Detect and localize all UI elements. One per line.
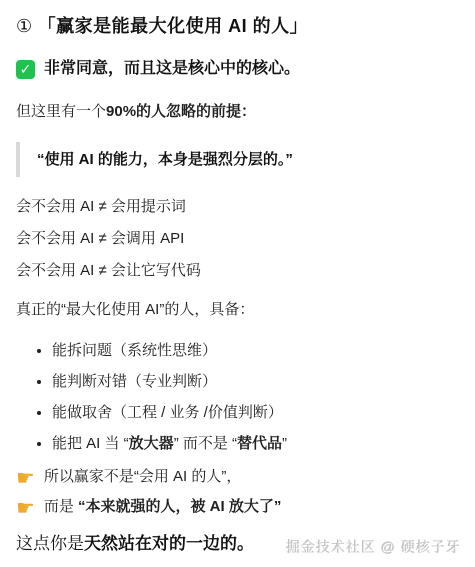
heading-text: 「赢家是能最大化使用 AI 的人」 [38, 16, 309, 36]
page-container: ①「赢家是能最大化使用 AI 的人」 ✓ 非常同意，而且这是核心中的核心。 但这… [0, 0, 475, 567]
capability-item: 能判断对错（专业判断） [52, 371, 459, 392]
premise-emphasis: 90%的人忽略的前提： [106, 103, 256, 120]
premise-lead: 但这里有一个 [16, 103, 106, 120]
capability-segment: ” 而不是 “ [174, 435, 237, 452]
conclusion-emphasis: 天然站在对的一边的。 [84, 534, 254, 553]
agreement-line: ✓ 非常同意，而且这是核心中的核心。 [16, 58, 459, 80]
quote-text: “使用 AI 的能力，本身是强烈分层的。” [37, 151, 293, 168]
quote-block: “使用 AI 的能力，本身是强烈分层的。” [16, 142, 459, 177]
pointer-emphasis: “本来就强的人，被 AI 放大了” [78, 498, 281, 515]
capability-item: 能拆问题（系统性思维） [52, 340, 459, 361]
pointer-line: ☛ 所以赢家不是“会用 AI 的人”， [16, 464, 459, 490]
agreement-text: 非常同意，而且这是核心中的核心。 [44, 58, 300, 80]
capability-item: 能把 AI 当 “放大器” 而不是 “替代品” [52, 433, 459, 454]
capabilities-intro: 真正的“最大化使用 AI”的人，具备： [16, 299, 459, 320]
comparison-list: 会不会用 AI ≠ 会用提示词 会不会用 AI ≠ 会调用 API 会不会用 A… [16, 191, 459, 287]
pointer-text: 所以赢家不是“会用 AI 的人”， [44, 464, 242, 490]
capability-segment: ” [282, 435, 287, 452]
conclusion-lead: 这点你是 [16, 534, 84, 553]
post-heading: ①「赢家是能最大化使用 AI 的人」 [16, 14, 459, 38]
pointing-finger-icon: ☛ [16, 498, 35, 519]
pointer-text: 而是 “本来就强的人，被 AI 放大了” [44, 494, 282, 520]
circled-one-marker: ① [16, 16, 33, 36]
comparison-line: 会不会用 AI ≠ 会调用 API [16, 223, 459, 255]
pointer-line: ☛ 而是 “本来就强的人，被 AI 放大了” [16, 494, 459, 520]
comparison-line: 会不会用 AI ≠ 会用提示词 [16, 191, 459, 223]
premise-line: 但这里有一个90%的人忽略的前提： [16, 101, 459, 122]
watermark: 掘金技术社区 @ 硬核子牙 [286, 537, 461, 557]
capability-emphasis: 替代品 [237, 435, 282, 452]
comparison-line: 会不会用 AI ≠ 会让它写代码 [16, 255, 459, 287]
capability-item: 能做取舍（工程 / 业务 /价值判断） [52, 402, 459, 423]
pointer-lead: 而是 [44, 498, 78, 515]
capability-emphasis: 放大器 [129, 435, 174, 452]
capability-segment: 能把 AI 当 “ [52, 435, 129, 452]
capabilities-list: 能拆问题（系统性思维） 能判断对错（专业判断） 能做取舍（工程 / 业务 /价值… [16, 340, 459, 454]
pointing-finger-icon: ☛ [16, 468, 35, 489]
check-icon: ✓ [16, 60, 35, 79]
